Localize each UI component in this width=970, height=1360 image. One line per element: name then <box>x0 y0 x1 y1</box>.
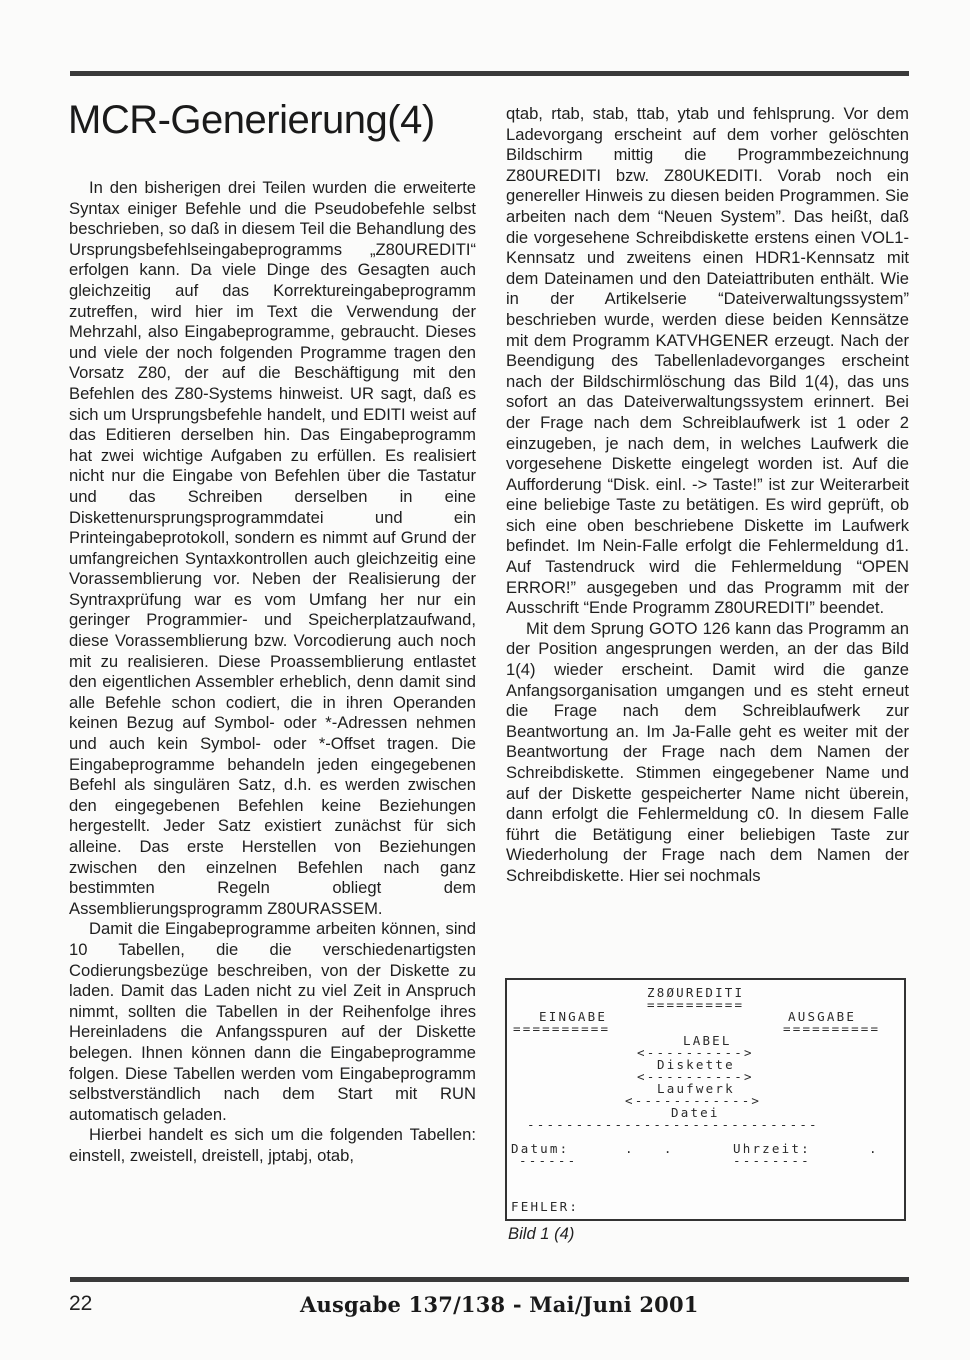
left-column: In den bisherigen drei Teilen wurden die… <box>69 178 476 1167</box>
right-column: qtab, rtab, stab, ttab, ytab und fehlspr… <box>506 104 909 887</box>
bottom-rule <box>70 1277 909 1282</box>
paragraph: Damit die Eingabeprogramme arbeiten könn… <box>69 919 476 1125</box>
page-number: 22 <box>69 1292 92 1316</box>
figure-input-underline: ========== <box>513 1022 610 1035</box>
top-rule <box>70 71 909 76</box>
figure-output-underline: ========== <box>783 1022 880 1035</box>
figure-date-underline: ------ <box>519 1154 577 1167</box>
article-title: MCR-Generierung(4) <box>68 96 435 144</box>
paragraph: Hierbei handelt es sich um die folgenden… <box>69 1125 476 1166</box>
issue-info: Ausgabe 137/138 - Mai/Juni 2001 <box>300 1292 699 1317</box>
figure-program-underline: ========== <box>647 998 744 1011</box>
paragraph: Mit dem Sprung GOTO 126 kann das Program… <box>506 619 909 887</box>
figure-date-value: . . <box>625 1142 674 1155</box>
paragraph: qtab, rtab, stab, ttab, ytab und fehlspr… <box>506 104 909 619</box>
paragraph: In den bisherigen drei Teilen wurden die… <box>69 178 476 919</box>
figure-caption: Bild 1 (4) <box>508 1224 574 1244</box>
screen-figure: Z8ØUREDITI ========== EINGABE ==========… <box>505 978 906 1221</box>
figure-time-underline: -------- <box>733 1154 811 1167</box>
figure-error-label: FEHLER: <box>511 1200 579 1213</box>
figure-separator: ------------------------------ <box>527 1118 819 1131</box>
figure-time-value: . <box>869 1142 879 1155</box>
